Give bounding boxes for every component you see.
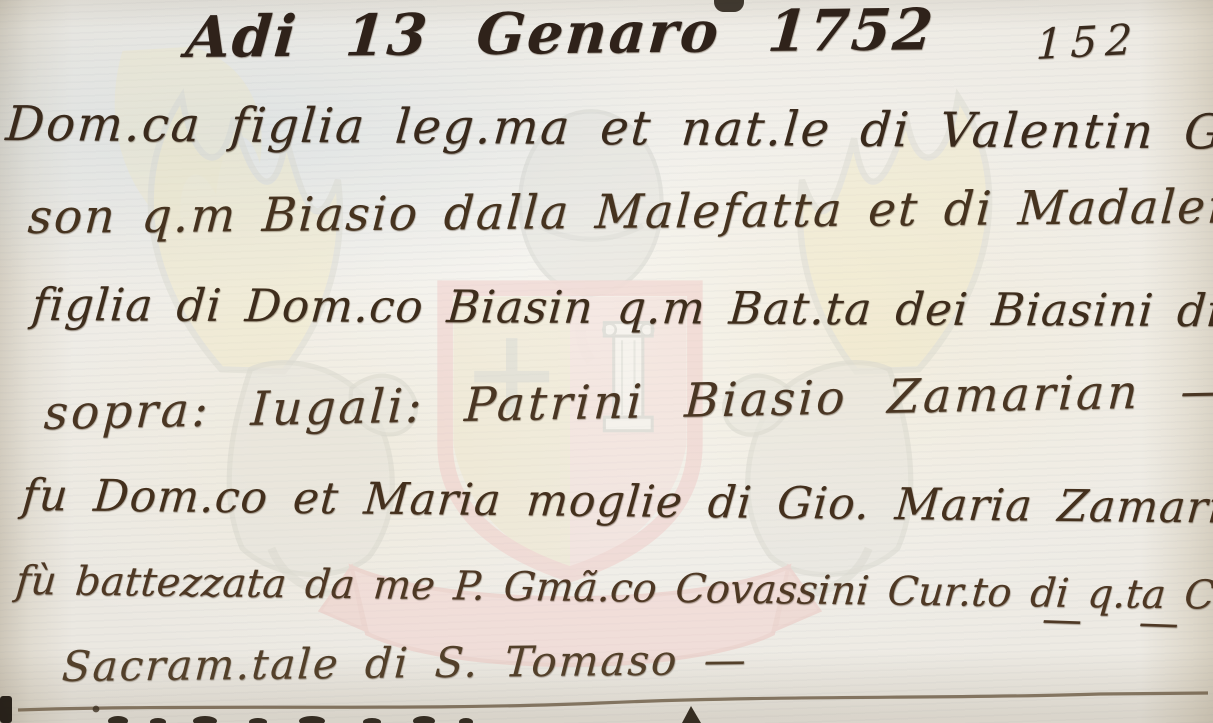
page-number: 152 [1035,14,1141,69]
handwritten-line-2: son q.m Biasio dalla Malefatta et di Mad… [26,179,1213,245]
ink-bleed-mark [714,0,744,12]
entry-divider-rule [18,693,1208,710]
handwritten-line-3: figlia di Dom.co Biasin q.m Bat.ta dei B… [30,278,1213,337]
manuscript-page: Adi 13 Genaro 1752 152 Dom.ca figlia leg… [0,0,1213,723]
handwritten-line-1: Dom.ca figlia leg.ma et nat.le di Valent… [4,96,1213,161]
entry-date-line: Adi 13 Genaro 1752 [183,0,937,71]
entry-divider-and-next-entry [0,680,1213,723]
page-edge-shadow [0,696,12,723]
closing-dashes: — — [1041,596,1201,648]
